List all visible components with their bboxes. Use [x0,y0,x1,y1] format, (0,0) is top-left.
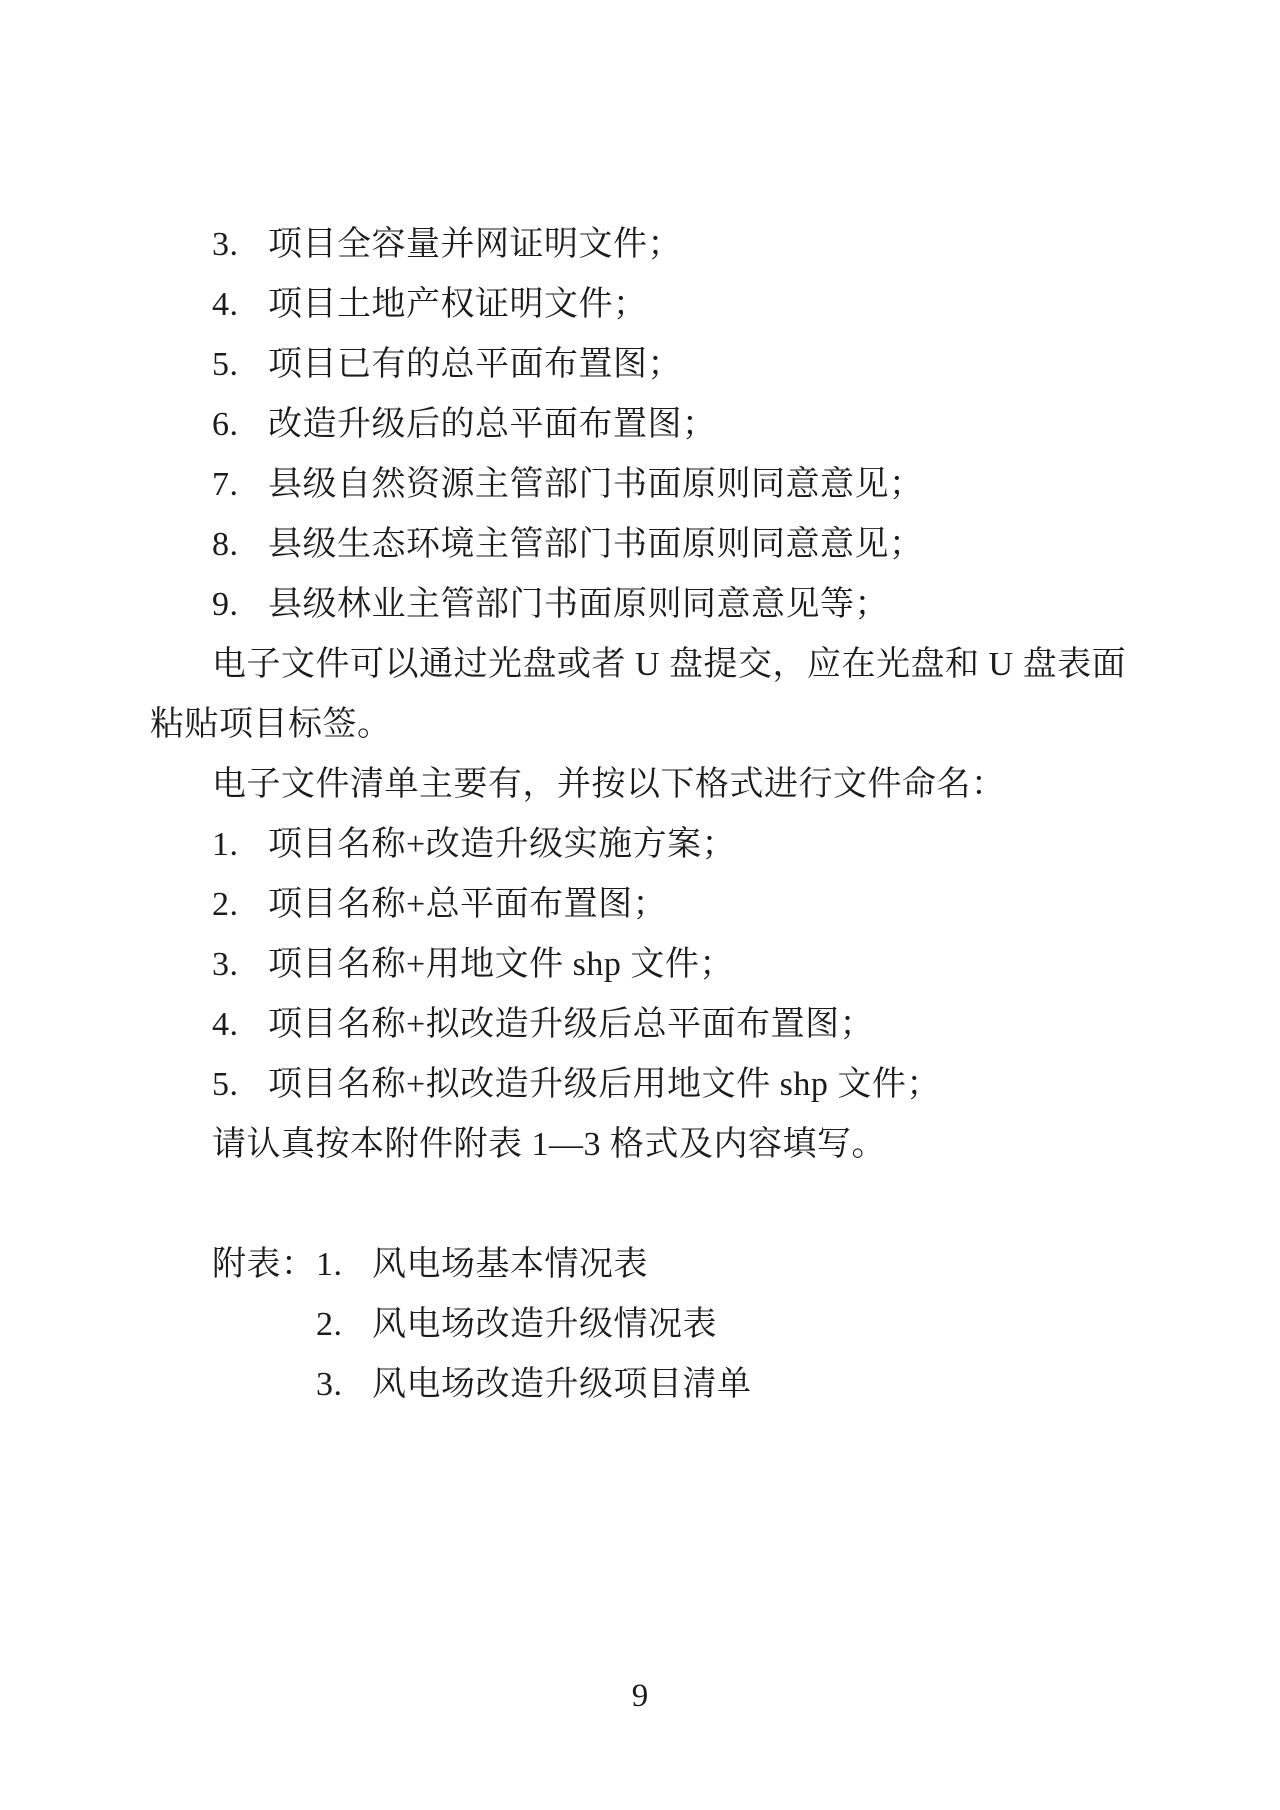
file-naming-item: 5.项目名称+拟改造升级后用地文件 shp 文件； [150,1055,1150,1115]
paragraph-file-list-intro: 电子文件清单主要有，并按以下格式进行文件命名： [150,755,1150,815]
list-text: 风电场改造升级情况表 [372,1306,717,1343]
list-number: 3. [316,1355,372,1415]
doc-requirement-item: 9.县级林业主管部门书面原则同意意见等； [150,575,1150,635]
list-text: 县级自然资源主管部门书面原则同意意见； [268,466,924,503]
list-text: 风电场改造升级项目清单 [372,1366,752,1403]
list-number: 6. [212,395,268,455]
list-text: 改造升级后的总平面布置图； [268,406,717,443]
list-number: 5. [212,1055,268,1115]
list-number: 5. [212,335,268,395]
list-text: 县级生态环境主管部门书面原则同意意见； [268,526,924,563]
file-naming-item: 4.项目名称+拟改造升级后总平面布置图； [150,995,1150,1055]
appendix-label: 附表： [212,1235,316,1295]
list-text: 县级林业主管部门书面原则同意意见等； [268,586,889,623]
doc-requirement-item: 4.项目土地产权证明文件； [150,275,1150,335]
list-number: 3. [212,935,268,995]
list-text: 项目名称+拟改造升级后总平面布置图； [268,1006,874,1043]
appendix-item: 附表：1.风电场基本情况表 [150,1235,1150,1295]
list-number: 9. [212,575,268,635]
doc-requirement-item: 6.改造升级后的总平面布置图； [150,395,1150,455]
list-text: 项目全容量并网证明文件； [268,226,682,263]
list-number: 2. [316,1295,372,1355]
list-number: 4. [212,995,268,1055]
doc-requirement-item: 8.县级生态环境主管部门书面原则同意意见； [150,515,1150,575]
list-text: 项目名称+拟改造升级后用地文件 shp 文件； [268,1066,941,1103]
page-number: 9 [0,1672,1280,1720]
file-naming-item: 2.项目名称+总平面布置图； [150,875,1150,935]
doc-requirement-item: 3.项目全容量并网证明文件； [150,215,1150,275]
doc-requirement-item: 5.项目已有的总平面布置图； [150,335,1150,395]
list-number: 1. [212,815,268,875]
document-body: 3.项目全容量并网证明文件； 4.项目土地产权证明文件； 5.项目已有的总平面布… [150,215,1150,1415]
doc-requirement-item: 7.县级自然资源主管部门书面原则同意意见； [150,455,1150,515]
document-page: 3.项目全容量并网证明文件； 4.项目土地产权证明文件； 5.项目已有的总平面布… [0,0,1280,1810]
list-number: 2. [212,875,268,935]
appendix-item: 3.风电场改造升级项目清单 [150,1355,1150,1415]
list-text: 项目名称+用地文件 shp 文件； [268,946,734,983]
appendix-item: 2.风电场改造升级情况表 [150,1295,1150,1355]
list-text: 风电场基本情况表 [372,1246,648,1283]
list-number: 7. [212,455,268,515]
list-number: 1. [316,1235,372,1295]
paragraph-electronic-submit-line2: 粘贴项目标签。 [150,695,1150,755]
list-number: 8. [212,515,268,575]
list-text: 项目土地产权证明文件； [268,286,648,323]
paragraph-closing: 请认真按本附件附表 1—3 格式及内容填写。 [150,1115,1150,1175]
list-text: 项目名称+改造升级实施方案； [268,826,736,863]
list-text: 项目名称+总平面布置图； [268,886,667,923]
list-number: 4. [212,275,268,335]
paragraph-electronic-submit-line1: 电子文件可以通过光盘或者 U 盘提交，应在光盘和 U 盘表面 [150,635,1150,695]
file-naming-item: 3.项目名称+用地文件 shp 文件； [150,935,1150,995]
file-naming-item: 1.项目名称+改造升级实施方案； [150,815,1150,875]
list-text: 项目已有的总平面布置图； [268,346,682,383]
list-number: 3. [212,215,268,275]
blank-line [150,1175,1150,1235]
